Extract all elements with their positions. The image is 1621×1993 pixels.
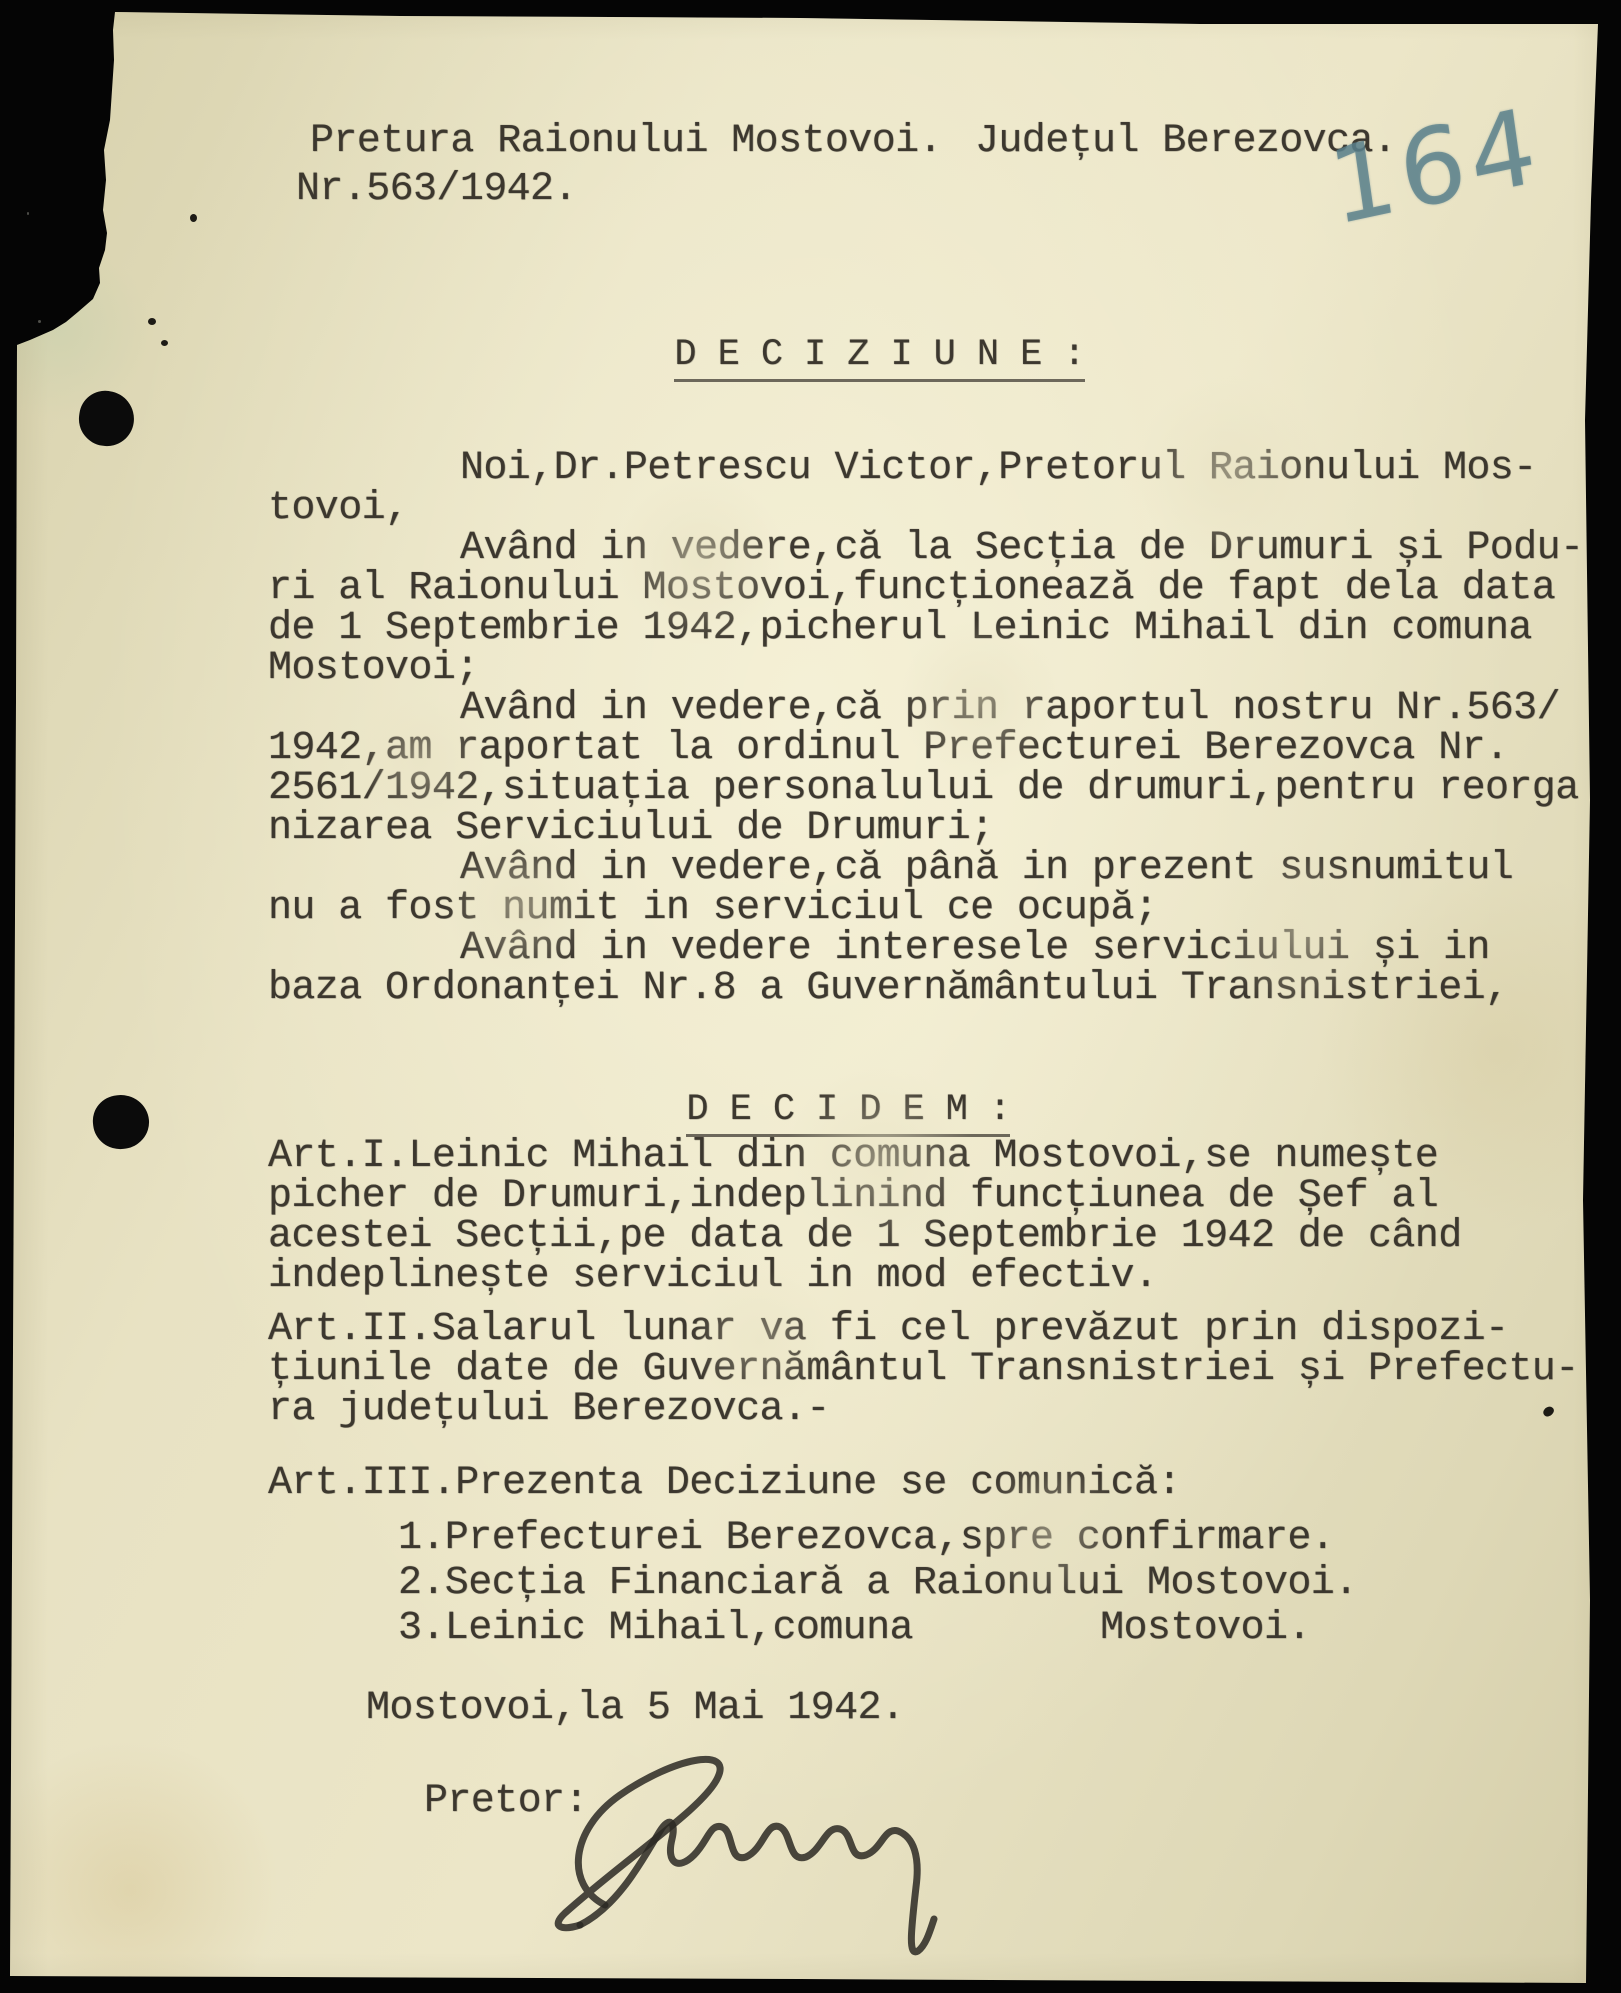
typed-line: Având in vedere interesele serviciului ș… (268, 929, 1608, 969)
document-page: Pretura Raionului Mostovoi. Județul Bere… (0, 0, 1621, 1993)
distribution-list: 1.Prefecturei Berezovca,spre confirmare.… (398, 1516, 1598, 1651)
header-reference-number: Nr.563/1942. (296, 170, 577, 210)
typed-line: Noi,Dr.Petrescu Victor,Pretorul Raionulu… (268, 449, 1608, 489)
typed-line: tovoi, (268, 489, 1608, 529)
typed-line: Având in vedere,că la Secția de Drumuri … (268, 529, 1608, 569)
typed-line: baza Ordonanței Nr.8 a Guvernământului T… (268, 969, 1608, 1009)
typed-line: Având in vedere,că prin raportul nostru … (268, 689, 1608, 729)
dust-speck (38, 320, 41, 323)
typed-line: Art.I.Leinic Mihail din comuna Mostovoi,… (268, 1137, 1608, 1177)
typed-line: 1.Prefecturei Berezovca,spre confirmare. (398, 1516, 1598, 1561)
document-title: D E C I Z I U N E : (588, 295, 1085, 415)
preamble-block: Noi,Dr.Petrescu Victor,Pretorul Raionulu… (268, 449, 1608, 1009)
typed-line: Mostovoi; (268, 649, 1608, 689)
typed-line: de 1 Septembrie 1942,picherul Leinic Mih… (268, 609, 1608, 649)
typed-line: ri al Raionului Mostovoi,funcționează de… (268, 569, 1608, 609)
typed-line: 2.Secția Financiară a Raionului Mostovoi… (398, 1561, 1598, 1606)
typed-line: 3.Leinic Mihail,comuna Mostovoi. (398, 1606, 1598, 1651)
typed-line: 1942,am raportat la ordinul Prefecturei … (268, 729, 1608, 769)
paper-flaw-speck (190, 214, 197, 222)
typed-line: Având in vedere,că până in prezent susnu… (268, 849, 1608, 889)
typed-line: nizarea Serviciului de Drumuri; (268, 809, 1608, 849)
typed-line: indeplinește serviciul in mod efectiv. (268, 1257, 1608, 1297)
typed-line: 2561/1942,situația personalului de drumu… (268, 769, 1608, 809)
article-2-block: Art.II.Salarul lunar va fi cel prevăzut … (268, 1310, 1608, 1430)
pretor-signature (470, 1735, 1050, 1965)
place-date-line: Mostovoi,la 5 Mai 1942. (366, 1689, 904, 1729)
typed-line: acestei Secții,pe data de 1 Septembrie 1… (268, 1217, 1608, 1257)
paper-flaw-speck (161, 340, 168, 346)
header-office: Pretura Raionului Mostovoi. (310, 122, 942, 162)
paper-flaw-speck (148, 318, 156, 325)
page-number-annotation: 164 (1322, 84, 1548, 250)
article-3-line: Art.III.Prezenta Deciziune se comunică: (268, 1464, 1181, 1504)
typed-line: țiunile date de Guvernământul Transnistr… (268, 1350, 1608, 1390)
punch-hole-top (75, 387, 137, 449)
document-title-text: D E C I Z I U N E : (674, 334, 1084, 382)
typed-line: nu a fost numit in serviciul ce ocupă; (268, 889, 1608, 929)
typed-line: ra județului Berezovca.- (268, 1390, 1608, 1430)
article-1-block: Art.I.Leinic Mihail din comuna Mostovoi,… (268, 1137, 1608, 1297)
decide-heading-text: D E C I D E M : (686, 1089, 1010, 1137)
typed-line: picher de Drumuri,indeplinind funcțiunea… (268, 1177, 1608, 1217)
dust-speck (27, 212, 29, 215)
scanner-background: { "annotations": { "page_number": "164" … (0, 0, 1621, 1993)
typed-line: Art.II.Salarul lunar va fi cel prevăzut … (268, 1310, 1608, 1350)
punch-hole-bottom (90, 1092, 151, 1152)
